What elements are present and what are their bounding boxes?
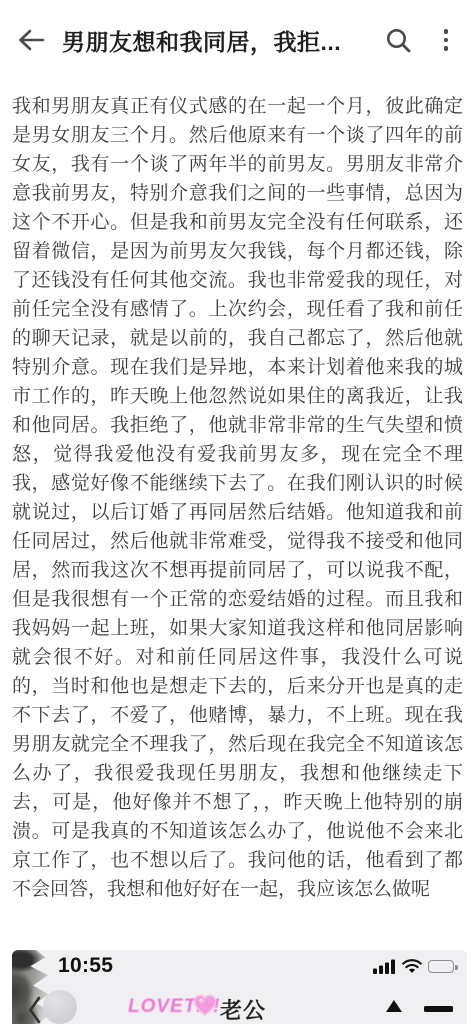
top-app-bar: 男朋友想和我同居，我拒... [0, 0, 475, 80]
cellular-signal-icon [373, 959, 396, 974]
status-bar-time: 10:55 [58, 954, 113, 978]
status-bar-icons [373, 959, 454, 974]
partial-menu-bar-icon [424, 1006, 453, 1012]
wifi-icon [402, 959, 422, 974]
heart-icon [192, 992, 218, 1018]
post-body-text: 我和男朋友真正有仪式感的在一起一个月，彼此确定是男女朋友三个月。然后他原来有一个… [12, 92, 463, 904]
search-icon [385, 27, 412, 54]
app-window: 男朋友想和我同居，我拒... 我和男朋友真正有仪式感的在一起一个月，彼此确定是男… [0, 0, 475, 1024]
chat-contact-name: 老公 [220, 994, 266, 1024]
back-button[interactable] [14, 23, 48, 57]
chat-avatar [43, 990, 77, 1024]
chat-back-chevron-icon [28, 996, 41, 1024]
battery-icon [428, 960, 454, 973]
post-content: 我和男朋友真正有仪式感的在一起一个月，彼此确定是男女朋友三个月。然后他原来有一个… [0, 80, 475, 904]
more-options-button[interactable] [433, 23, 459, 57]
page-title: 男朋友想和我同居，我拒... [62, 24, 381, 57]
embedded-chat-screenshot[interactable]: 10:55 LOVET [12, 950, 467, 1024]
back-arrow-icon [17, 28, 45, 52]
partial-triangle-icon [386, 1000, 402, 1012]
kebab-menu-icon [444, 29, 449, 34]
search-button[interactable] [381, 23, 415, 57]
